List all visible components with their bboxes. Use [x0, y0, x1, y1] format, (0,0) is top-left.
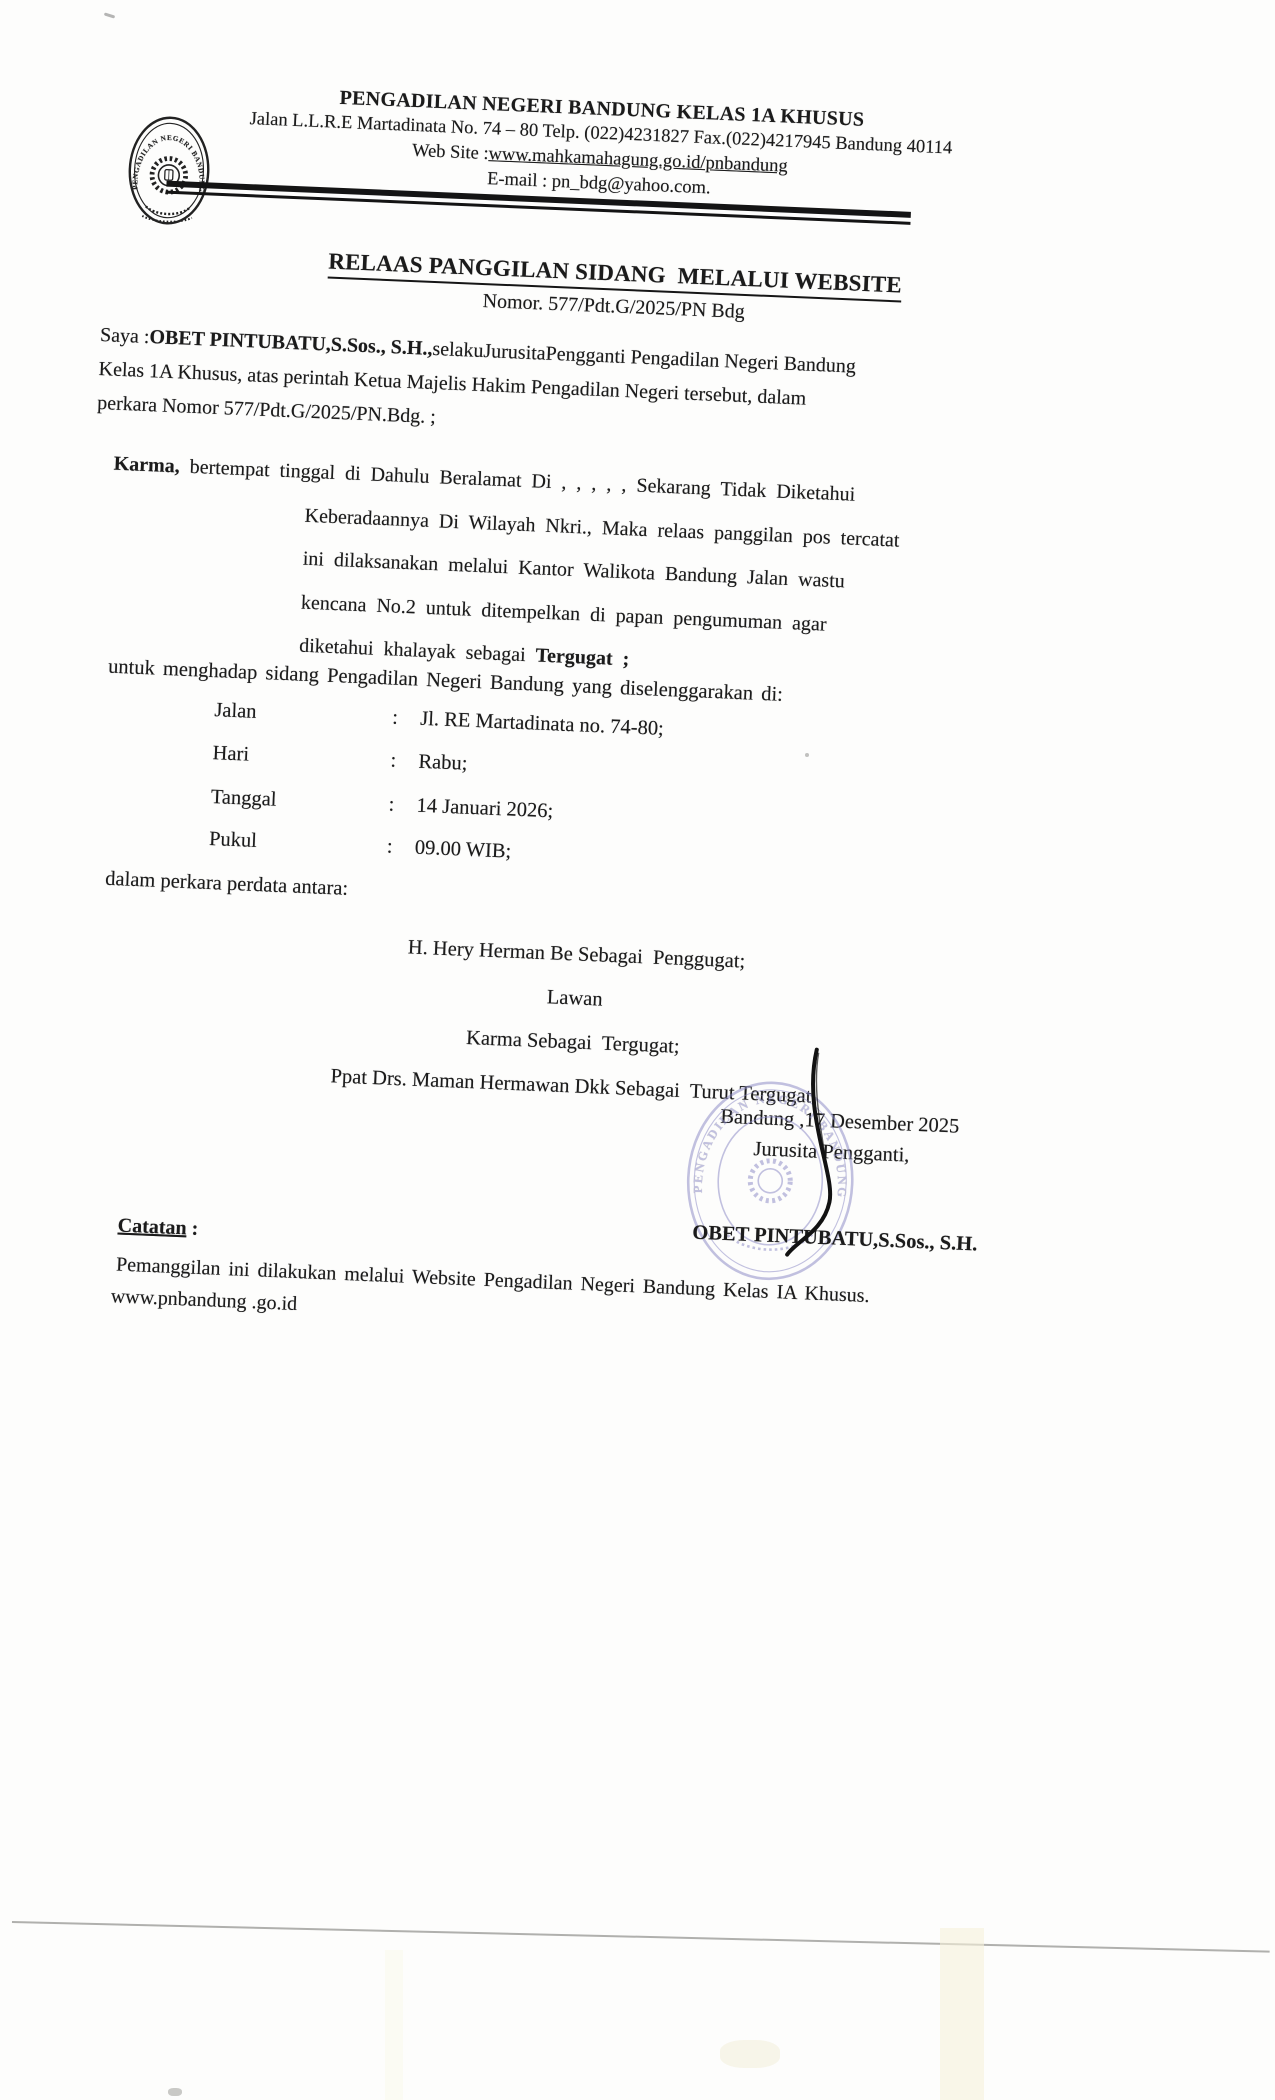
defendant-role: Tergugat ;: [535, 645, 630, 671]
detail-row-tanggal: Tanggal : 14 Januari 2026;: [210, 786, 553, 823]
detail-label: Tanggal: [210, 786, 389, 816]
case-parties-intro: dalam perkara perdata antara:: [105, 868, 349, 901]
scan-artifact-corner-mark: [168, 2088, 182, 2096]
paragraph-bailiff: Saya :OBET PINTUBATU,S.Sos., S.H.,selaku…: [97, 318, 1030, 459]
detail-colon: :: [388, 794, 417, 818]
detail-colon: :: [390, 750, 419, 774]
detail-label: Hari: [212, 742, 391, 772]
detail-value: Rabu;: [418, 751, 468, 776]
detail-colon: :: [386, 835, 415, 859]
detail-label: Pukul: [209, 828, 388, 858]
scan-artifact-top-mark: [104, 12, 115, 18]
website-label: Web Site :: [412, 141, 489, 164]
defendant-name: Karma,: [113, 453, 180, 478]
note-line2: www.pnbandung .go.id: [110, 1285, 297, 1316]
document-body: PENGADILAN NEGERI BANDUNG PENGADILAN NEG…: [0, 25, 1064, 1427]
bailiff-name: OBET PINTUBATU,S.Sos., S.H.,: [149, 326, 433, 360]
detail-row-hari: Hari : Rabu;: [212, 742, 468, 776]
note-label: Catatan :: [117, 1215, 198, 1241]
scanned-court-summons-page: PENGADILAN NEGERI BANDUNG PENGADILAN NEG…: [0, 0, 1275, 2100]
scan-artifact-speck: [805, 753, 809, 757]
handwritten-signature: [763, 1037, 893, 1282]
detail-row-pukul: Pukul : 09.00 WIB;: [209, 828, 512, 864]
scan-artifact-band: [385, 1950, 403, 2100]
parties-block: H. Hery Herman Be Sebagai Penggugat; Law…: [120, 914, 1027, 1128]
paragraph-defendant: Karma, bertempat tinggal di Dahulu Beral…: [298, 451, 867, 692]
signature-stroke-icon: [763, 1037, 893, 1282]
detail-value: Jl. RE Martadinata no. 74-80;: [420, 708, 664, 741]
detail-label: Jalan: [214, 699, 393, 729]
scan-artifact-smudge: [720, 2040, 780, 2068]
detail-value: 14 Januari 2026;: [416, 795, 553, 824]
detail-row-jalan: Jalan : Jl. RE Martadinata no. 74-80;: [214, 699, 664, 741]
scan-artifact-band: [940, 1928, 984, 2100]
detail-value: 09.00 WIB;: [414, 837, 511, 864]
scan-artifact-paper-edge: [12, 1921, 1270, 1953]
detail-colon: :: [392, 707, 421, 731]
